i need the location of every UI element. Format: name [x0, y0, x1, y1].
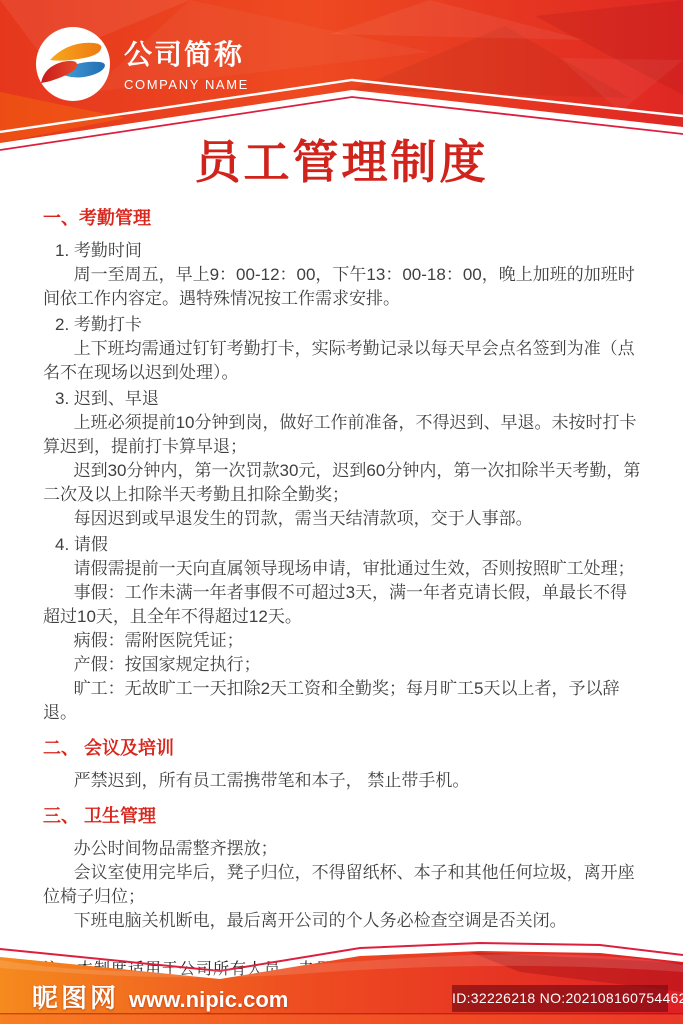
section-heading: 一、考勤管理	[43, 207, 641, 230]
section-meetings: 二、 会议及培训 严禁迟到，所有员工需携带笔和本子， 禁止带手机。	[43, 737, 641, 793]
rule-paragraph: 产假：按国家规定执行；	[43, 653, 641, 677]
rule-paragraph: 请假需提前一天向直属领导现场申请，审批通过生效，否则按照旷工处理；	[43, 557, 641, 581]
rule-subhead: 2. 考勤打卡	[55, 313, 641, 337]
section-hygiene: 三、 卫生管理 办公时间物品需整齐摆放； 会议室使用完毕后，凳子归位，不得留纸杯…	[43, 805, 641, 933]
section-attendance: 一、考勤管理 1. 考勤时间 周一至周五，早上9：00-12：00，下午13：0…	[43, 207, 641, 725]
watermark: 昵图网 www.nipic.com	[32, 978, 288, 1015]
company-logo-icon	[36, 27, 110, 101]
watermark-site-url: www.nipic.com	[129, 987, 288, 1013]
rule-subhead: 1. 考勤时间	[55, 239, 641, 263]
watermark-site-name: 昵图网	[32, 978, 119, 1015]
rule-paragraph: 旷工：无故旷工一天扣除2天工资和全勤奖；每月旷工5天以上者，予以辞退。	[43, 677, 641, 725]
rule-paragraph: 上下班均需通过钉钉考勤打卡，实际考勤记录以每天早会点名签到为准（点名不在现场以迟…	[43, 337, 641, 385]
rule-paragraph: 办公时间物品需整齐摆放；	[43, 837, 641, 861]
page-title: 员工管理制度	[0, 126, 683, 192]
company-name-en: COMPANY NAME	[124, 77, 249, 92]
rule-paragraph: 严禁迟到，所有员工需携带笔和本子， 禁止带手机。	[43, 769, 641, 793]
footer-banner: 昵图网 www.nipic.com ID:32226218 NO:2021081…	[0, 930, 683, 1024]
company-logo-text: 公司简称 COMPANY NAME	[124, 40, 249, 92]
image-id-badge: ID:32226218 NO:20210816075446238122	[452, 985, 668, 1012]
rule-paragraph: 上班必须提前10分钟到岗，做好工作前准备，不得迟到、早退。未按时打卡算迟到，提前…	[43, 411, 641, 459]
rule-paragraph: 每因迟到或早退发生的罚款，需当天结清款项，交于人事部。	[43, 507, 641, 531]
poster-page: 公司简称 COMPANY NAME 员工管理制度 一、考勤管理 1. 考勤时间 …	[0, 0, 683, 1024]
rule-subhead: 4. 请假	[55, 533, 641, 557]
rule-paragraph: 会议室使用完毕后，凳子归位，不得留纸杯、本子和其他任何垃圾，离开座位椅子归位；	[43, 861, 641, 909]
rule-paragraph: 周一至周五，早上9：00-12：00，下午13：00-18：00，晚上加班的加班…	[43, 263, 641, 311]
rule-paragraph: 病假：需附医院凭证；	[43, 629, 641, 653]
rule-subhead: 3. 迟到、早退	[55, 387, 641, 411]
section-heading: 三、 卫生管理	[43, 805, 641, 828]
company-name-cn: 公司简称	[124, 40, 249, 71]
rule-paragraph: 迟到30分钟内，第一次罚款30元，迟到60分钟内，第一次扣除半天考勤，第二次及以…	[43, 459, 641, 507]
policy-content: 一、考勤管理 1. 考勤时间 周一至周五，早上9：00-12：00，下午13：0…	[43, 207, 641, 1005]
section-heading: 二、 会议及培训	[43, 737, 641, 760]
rule-paragraph: 事假：工作未满一年者事假不可超过3天，满一年者克请长假，单最长不得超过10天，且…	[43, 581, 641, 629]
